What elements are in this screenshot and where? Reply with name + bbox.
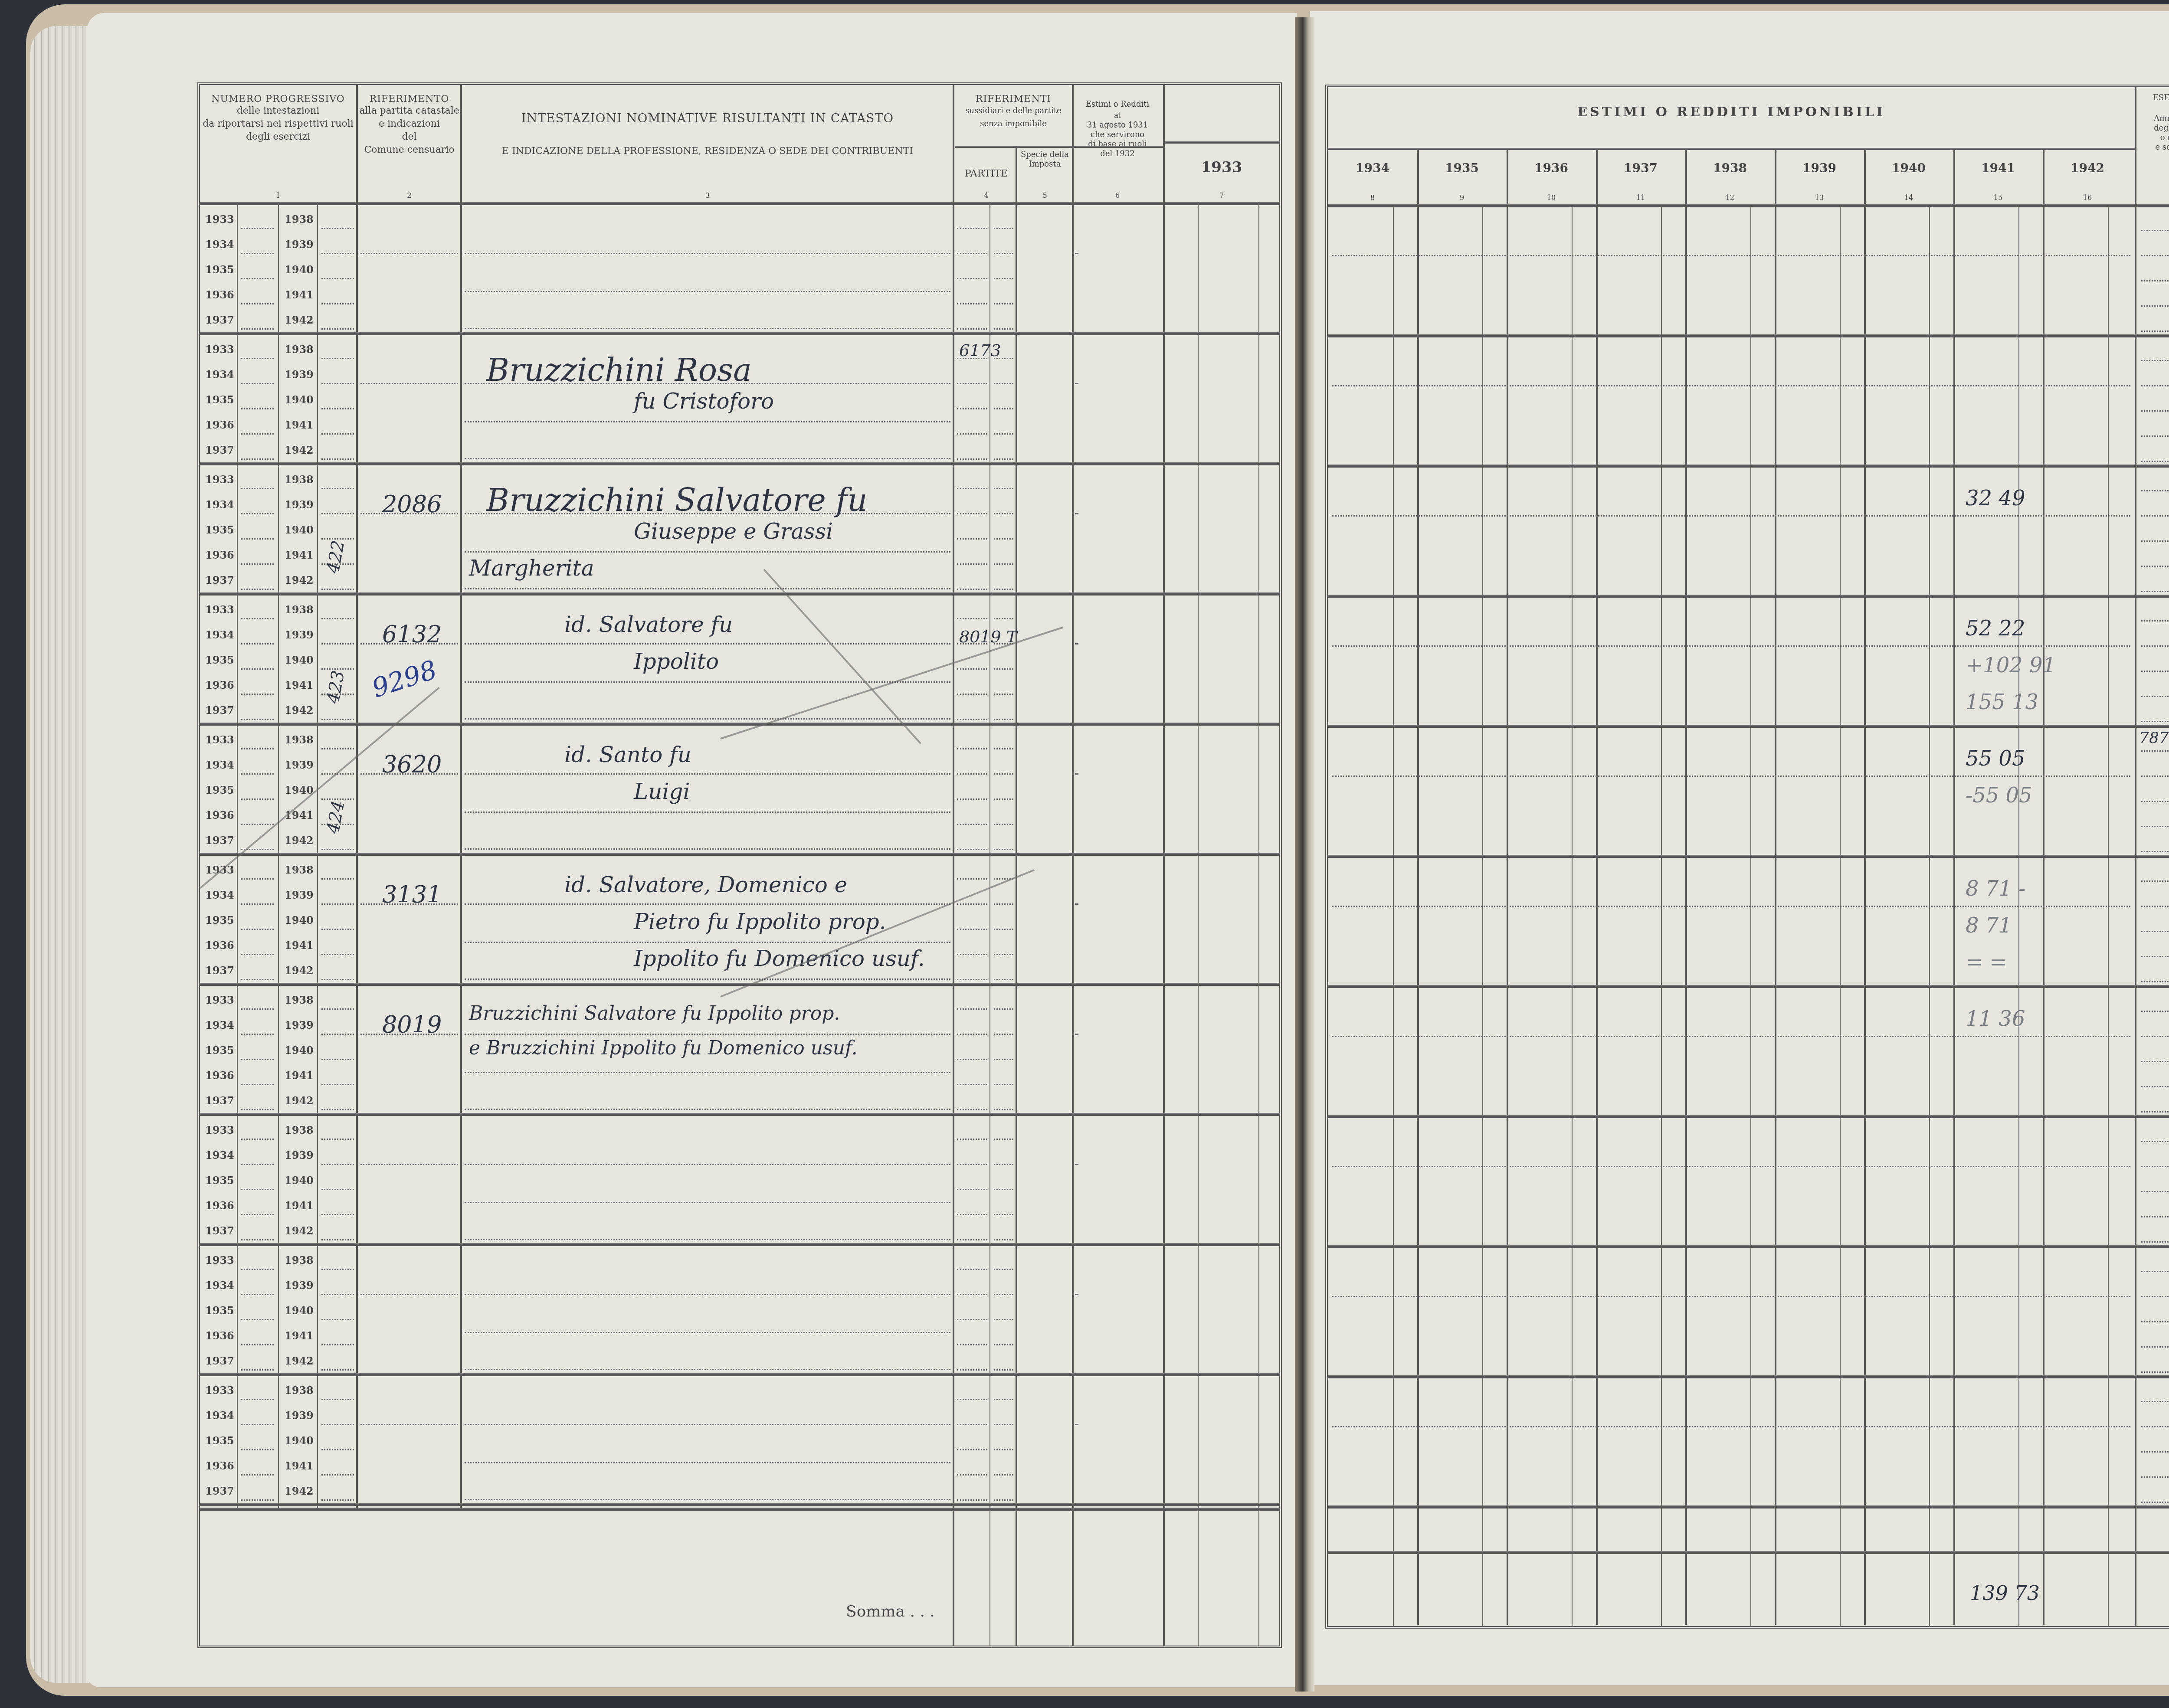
fill-line	[2141, 230, 2169, 231]
fill-line	[994, 1139, 1013, 1140]
fill-line	[957, 1034, 987, 1035]
fill-line	[957, 1189, 987, 1190]
ledger-value-block	[1328, 337, 2169, 467]
fill-line	[321, 1164, 354, 1165]
year-label: 1936	[205, 679, 234, 691]
fill-line	[957, 1008, 987, 1010]
fill-line	[241, 929, 274, 930]
fill-line	[360, 1164, 458, 1165]
header-sub: Ammontare	[2137, 114, 2169, 124]
ledger-value-block: 32 49	[1328, 467, 2169, 597]
owner-name-line: id. Salvatore fu	[564, 612, 733, 637]
year-label: 1940	[285, 1304, 314, 1317]
year-column-header: 193812	[1685, 152, 1775, 204]
fill-line	[241, 1239, 274, 1240]
column-number: 13	[1775, 193, 1864, 202]
header-col4: PARTITE 4	[955, 150, 1018, 202]
year-header: 1940	[1864, 161, 1953, 175]
column-number: 5	[1018, 191, 1072, 200]
fill-line	[321, 1269, 354, 1270]
year-label: 1934	[205, 628, 234, 641]
fill-line	[241, 878, 274, 880]
year-label: 1938	[285, 864, 314, 876]
fill-line	[994, 328, 1013, 330]
year-header: 1941	[1953, 161, 2043, 175]
year-label: 1937	[205, 314, 234, 326]
year-label: 1935	[205, 654, 234, 666]
fill-line	[465, 942, 950, 943]
column-number: 16	[2043, 193, 2132, 202]
estimate-1941-value: 55 05	[1966, 746, 2025, 771]
fill-line	[321, 1109, 354, 1110]
fill-line	[2141, 1036, 2169, 1037]
fill-line	[957, 488, 987, 489]
ledger-entry-block: 1933193819341939193519401936194119371942…	[200, 465, 1279, 595]
fill-line	[994, 773, 1013, 775]
year-label: 1935	[205, 914, 234, 926]
fill-line	[957, 1449, 987, 1450]
year-header: 1935	[1417, 161, 1507, 175]
fill-line	[957, 1139, 987, 1140]
fill-line	[1332, 775, 2130, 777]
year-label: 1940	[285, 784, 314, 796]
fill-line	[465, 1332, 950, 1333]
fill-line	[994, 383, 1013, 384]
margin-number: 423	[323, 669, 349, 705]
fill-line	[241, 618, 274, 619]
fill-line	[2141, 801, 2169, 802]
fill-line	[2141, 1271, 2169, 1272]
fill-line	[2141, 360, 2169, 361]
fill-line	[321, 979, 354, 980]
fill-line	[1076, 643, 1077, 645]
fill-line	[994, 1344, 1013, 1345]
year-label: 1941	[285, 1329, 314, 1342]
fill-line	[957, 773, 987, 775]
column-number: 17	[2137, 193, 2169, 202]
fill-line	[241, 719, 274, 720]
year-label: 1940	[285, 393, 314, 406]
fill-line	[321, 253, 354, 254]
somma-1941-value: 139 73	[1970, 1581, 2040, 1605]
fill-line	[2141, 490, 2169, 491]
fill-line	[994, 849, 1013, 850]
year-label: 1934	[205, 889, 234, 901]
year-label: 1936	[205, 939, 234, 952]
year-label: 1937	[205, 574, 234, 586]
fill-line	[1076, 383, 1077, 384]
year-label: 1937	[205, 444, 234, 456]
year-column-header: 193711	[1596, 152, 1685, 204]
header-title: RIFERIMENTI	[955, 94, 1072, 105]
year-label: 1941	[285, 419, 314, 431]
fill-line	[321, 1499, 354, 1501]
fill-line	[241, 773, 274, 775]
year-label: 1933	[205, 603, 234, 616]
estimate-1941-value: 11 36	[1966, 1007, 2025, 1031]
estimate-1941-value: 52 22	[1966, 616, 2025, 641]
header-sub: da riportarsi nei rispettivi ruoli	[200, 118, 356, 131]
fill-line	[465, 1499, 950, 1500]
fill-line	[321, 1474, 354, 1476]
year-label: 1941	[285, 1459, 314, 1472]
fill-line	[2141, 1191, 2169, 1192]
fill-line	[2141, 330, 2169, 332]
fill-line	[241, 1269, 274, 1270]
fill-line	[957, 954, 987, 955]
fill-line	[241, 1474, 274, 1476]
right-ledger-table: ESTIMI O REDDITI IMPONIBILI 193481935919…	[1325, 85, 2169, 1629]
fill-line	[2141, 645, 2169, 647]
fill-line	[994, 563, 1013, 565]
header-title: Estimi o Redditi	[1072, 98, 1163, 111]
year-label: 1941	[285, 1069, 314, 1082]
fill-line	[994, 1239, 1013, 1240]
year-column-header: 193610	[1507, 152, 1596, 204]
book-gutter	[1295, 17, 1314, 1692]
fill-line	[241, 278, 274, 279]
fill-line	[321, 719, 354, 720]
fill-line	[321, 1084, 354, 1085]
fill-line	[957, 408, 987, 409]
fill-line	[465, 681, 950, 683]
column-number: 15	[1953, 193, 2043, 202]
fill-line	[1076, 1424, 1077, 1425]
year-column-header: 19359	[1417, 152, 1507, 204]
year-label: 1934	[205, 1409, 234, 1422]
fill-line	[241, 694, 274, 695]
fill-line	[321, 929, 354, 930]
fill-line	[465, 1164, 950, 1165]
column-number: 6	[1072, 191, 1163, 200]
header-col5: Specie della Imposta 5	[1018, 150, 1072, 202]
header-col3: INTESTAZIONI NOMINATIVE RISULTANTI IN CA…	[462, 111, 953, 202]
fill-line	[2141, 1321, 2169, 1322]
header-sub: E INDICAZIONE DELLA PROFESSIONE, RESIDEN…	[462, 145, 953, 158]
fill-line	[321, 668, 354, 670]
fill-line	[241, 328, 274, 330]
year-label: 1934	[205, 238, 234, 251]
header-sub: o redditi	[2137, 133, 2169, 143]
year-label: 1939	[285, 889, 314, 901]
year-label: 1939	[285, 498, 314, 511]
fill-line	[994, 228, 1013, 229]
header-sub: —	[2137, 105, 2169, 114]
ledger-value-block: 8 71 -8 71= =	[1328, 857, 2169, 987]
column-number: 4	[955, 191, 1018, 200]
year-label: 1942	[285, 1485, 314, 1497]
fill-line	[994, 979, 1013, 980]
year-header: 1942	[2043, 161, 2132, 175]
fill-line	[321, 1214, 354, 1215]
fill-line	[241, 1399, 274, 1400]
fill-line	[241, 1449, 274, 1450]
year-label: 1941	[285, 1199, 314, 1212]
owner-name-line: Bruzzichini Salvatore fu	[486, 482, 868, 518]
fill-line	[994, 1084, 1013, 1085]
year-column-header: 194216	[2043, 152, 2132, 204]
year-header: 1939	[1775, 161, 1864, 175]
fill-line	[321, 903, 354, 905]
fill-line	[994, 1189, 1013, 1190]
year-label: 1937	[205, 1094, 234, 1107]
fill-line	[465, 1239, 950, 1240]
fill-line	[2141, 696, 2169, 697]
fill-line	[957, 929, 987, 930]
header-sub: delle intestazioni	[200, 105, 356, 118]
year-label: 1942	[285, 444, 314, 456]
fill-line	[2141, 1346, 2169, 1348]
year-label: 1935	[205, 393, 234, 406]
fill-line	[994, 824, 1013, 825]
header-title: ESTIMI O REDDITI IMPONIBILI	[1328, 105, 2135, 120]
fill-line	[241, 903, 274, 905]
header-subdivider	[1328, 148, 2135, 150]
fill-line	[957, 589, 987, 590]
fill-line	[241, 1008, 274, 1010]
column-number: 12	[1685, 193, 1775, 202]
fill-line	[2141, 1061, 2169, 1062]
fill-line	[1332, 1296, 2130, 1297]
fill-line	[994, 303, 1013, 304]
fill-line	[465, 1202, 950, 1203]
fill-line	[957, 513, 987, 514]
fill-line	[994, 1294, 1013, 1295]
fill-line	[241, 1424, 274, 1425]
year-label: 1942	[285, 1094, 314, 1107]
owner-name-line: Giuseppe e Grassi	[634, 519, 833, 544]
header-sub: degli esercizi	[200, 131, 356, 144]
fill-line	[2141, 280, 2169, 281]
fill-line	[465, 1072, 950, 1073]
fill-line	[321, 1034, 354, 1035]
fill-line	[957, 1399, 987, 1400]
fill-line	[957, 1164, 987, 1165]
column-number: 8	[1328, 193, 1417, 202]
year-label: 1935	[205, 784, 234, 796]
fill-line	[994, 929, 1013, 930]
fill-line	[994, 1319, 1013, 1320]
header-title: NUMERO PROGRESSIVO	[200, 94, 356, 105]
fill-line	[957, 719, 987, 720]
fill-line	[465, 253, 950, 254]
fill-line	[994, 433, 1013, 435]
fill-line	[2141, 1426, 2169, 1427]
year-label: 1937	[205, 1355, 234, 1367]
partite-value: 8019 T	[959, 627, 1017, 646]
fill-line	[994, 1424, 1013, 1425]
year-label: 1939	[285, 1279, 314, 1292]
year-label: 1938	[285, 213, 314, 226]
fill-line	[241, 1189, 274, 1190]
year-label: 1939	[285, 1149, 314, 1162]
header-esenzioni: ESENZIONI — Ammontare degli estimi o red…	[2137, 92, 2169, 204]
fill-line	[241, 383, 274, 384]
fill-line	[465, 1294, 950, 1295]
year-label: 1937	[205, 1485, 234, 1497]
fill-line	[360, 1424, 458, 1425]
year-label: 1939	[285, 368, 314, 381]
fill-line	[957, 1294, 987, 1295]
header-title: INTESTAZIONI NOMINATIVE RISULTANTI IN CA…	[462, 111, 953, 125]
fill-line	[2141, 591, 2169, 592]
fill-line	[1076, 1164, 1077, 1165]
year-label: 1938	[285, 994, 314, 1006]
fill-line	[1076, 773, 1077, 775]
year-label: 1939	[285, 759, 314, 771]
esenzioni-note: 7875	[2139, 729, 2169, 747]
fill-line	[2141, 906, 2169, 907]
year-label: 1934	[205, 368, 234, 381]
fill-line	[241, 458, 274, 460]
year-label: 1942	[285, 314, 314, 326]
column-number: 11	[1596, 193, 1685, 202]
fill-line	[994, 618, 1013, 619]
fill-line	[241, 1059, 274, 1060]
fill-line	[321, 1344, 354, 1345]
ledger-entry-block: 1933193819341939193519401936194119371942…	[200, 595, 1279, 725]
fill-line	[957, 1319, 987, 1320]
year-label: 1934	[205, 759, 234, 771]
fill-line	[2141, 1111, 2169, 1112]
year-label: 1939	[285, 628, 314, 641]
owner-name-line: Ippolito	[634, 649, 719, 674]
fill-line	[2141, 775, 2169, 777]
fill-line	[957, 1239, 987, 1240]
fill-line	[465, 643, 950, 645]
owner-name-line: id. Santo fu	[564, 742, 691, 767]
fill-line	[1332, 515, 2130, 517]
fill-line	[957, 849, 987, 850]
fill-line	[957, 383, 987, 384]
year-label: 1938	[285, 1124, 314, 1136]
estimate-1941-value: 8 71 -	[1966, 877, 2025, 901]
fill-line	[321, 458, 354, 460]
year-label: 1937	[205, 704, 234, 717]
ledger-entry-block: 1933193819341939193519401936194119371942…	[200, 855, 1279, 985]
fill-line	[321, 1319, 354, 1320]
partita-reference: 6132	[382, 621, 442, 648]
partita-reference: 3131	[382, 881, 442, 908]
fill-line	[957, 1369, 987, 1371]
fill-line	[2141, 931, 2169, 932]
year-label: 1938	[285, 733, 314, 746]
estimate-1941-value: +102 91	[1966, 653, 2056, 677]
year-label: 1933	[205, 994, 234, 1006]
fill-line	[321, 1399, 354, 1400]
sum-divider	[1328, 1551, 2169, 1554]
fill-line	[465, 1369, 950, 1370]
year-label: 1938	[285, 473, 314, 486]
year-label: 1942	[285, 1224, 314, 1237]
fill-line	[994, 903, 1013, 905]
column-number: 14	[1864, 193, 1953, 202]
fill-line	[1332, 255, 2130, 256]
owner-name-line: Margherita	[469, 556, 594, 581]
fill-line	[957, 1499, 987, 1501]
fill-line	[241, 228, 274, 229]
fill-line	[2141, 826, 2169, 827]
year-label: 1941	[285, 939, 314, 952]
fill-line	[321, 1369, 354, 1371]
fill-line	[957, 668, 987, 670]
fill-line	[465, 1034, 950, 1035]
year-label: 1933	[205, 343, 234, 356]
year-label: 1940	[285, 1174, 314, 1187]
fill-line	[241, 1499, 274, 1501]
fill-line	[1332, 385, 2130, 386]
fill-line	[2141, 721, 2169, 722]
header-sub: degli estimi	[2137, 124, 2169, 133]
header-title: PARTITE	[955, 167, 1018, 180]
fill-line	[2141, 461, 2169, 462]
fill-line	[994, 1164, 1013, 1165]
year-label: 1938	[285, 1384, 314, 1397]
fill-line	[321, 878, 354, 880]
estimate-1941-value: 32 49	[1966, 486, 2025, 510]
fill-line	[321, 1008, 354, 1010]
fill-line	[994, 1369, 1013, 1371]
year-label: 1935	[205, 1434, 234, 1447]
ledger-value-block	[1328, 206, 2169, 337]
fill-line	[957, 824, 987, 825]
fill-line	[241, 1214, 274, 1215]
fill-line	[994, 1269, 1013, 1270]
page-edges	[30, 26, 95, 1683]
block-divider	[200, 1503, 1280, 1506]
header-sub: Comune censuario	[358, 144, 460, 157]
ledger-value-block	[1328, 1378, 2169, 1508]
year-label: 1936	[205, 1069, 234, 1082]
fill-line	[1076, 1294, 1077, 1295]
fill-line	[241, 643, 274, 645]
fill-line	[2141, 671, 2169, 672]
header-group-estimi: ESTIMI O REDDITI IMPONIBILI	[1328, 105, 2135, 148]
column-number: 1	[200, 191, 356, 200]
fill-line	[241, 798, 274, 800]
ledger-entry-block: 1933193819341939193519401936194119371942…	[200, 334, 1279, 465]
year-label: 1939	[285, 1019, 314, 1031]
year-label: 1940	[285, 524, 314, 536]
partita-reference: 3620	[382, 751, 442, 778]
partita-reference: 2086	[382, 491, 442, 518]
fill-line	[957, 458, 987, 460]
fill-line	[957, 748, 987, 749]
year-label: 1937	[205, 834, 234, 847]
fill-line	[321, 849, 354, 850]
fill-line	[994, 1214, 1013, 1215]
fill-line	[241, 748, 274, 749]
fill-line	[2141, 1401, 2169, 1402]
fill-line	[2141, 1166, 2169, 1167]
fill-line	[2141, 880, 2169, 882]
margin-number: 424	[323, 799, 349, 835]
fill-line	[465, 588, 950, 589]
fill-line	[321, 1239, 354, 1240]
fill-line	[957, 278, 987, 279]
fill-line	[957, 1059, 987, 1060]
year-label: 1942	[285, 574, 314, 586]
fill-line	[241, 824, 274, 825]
header-sub: del	[358, 131, 460, 144]
header-sub: 31 agosto 1931	[1072, 121, 1163, 130]
margin-number: 422	[323, 539, 349, 575]
estimate-1941-value: 155 13	[1966, 690, 2038, 714]
fill-line	[2141, 1451, 2169, 1453]
fill-line	[465, 551, 950, 553]
fill-line	[2141, 305, 2169, 307]
year-label: 1942	[285, 1355, 314, 1367]
